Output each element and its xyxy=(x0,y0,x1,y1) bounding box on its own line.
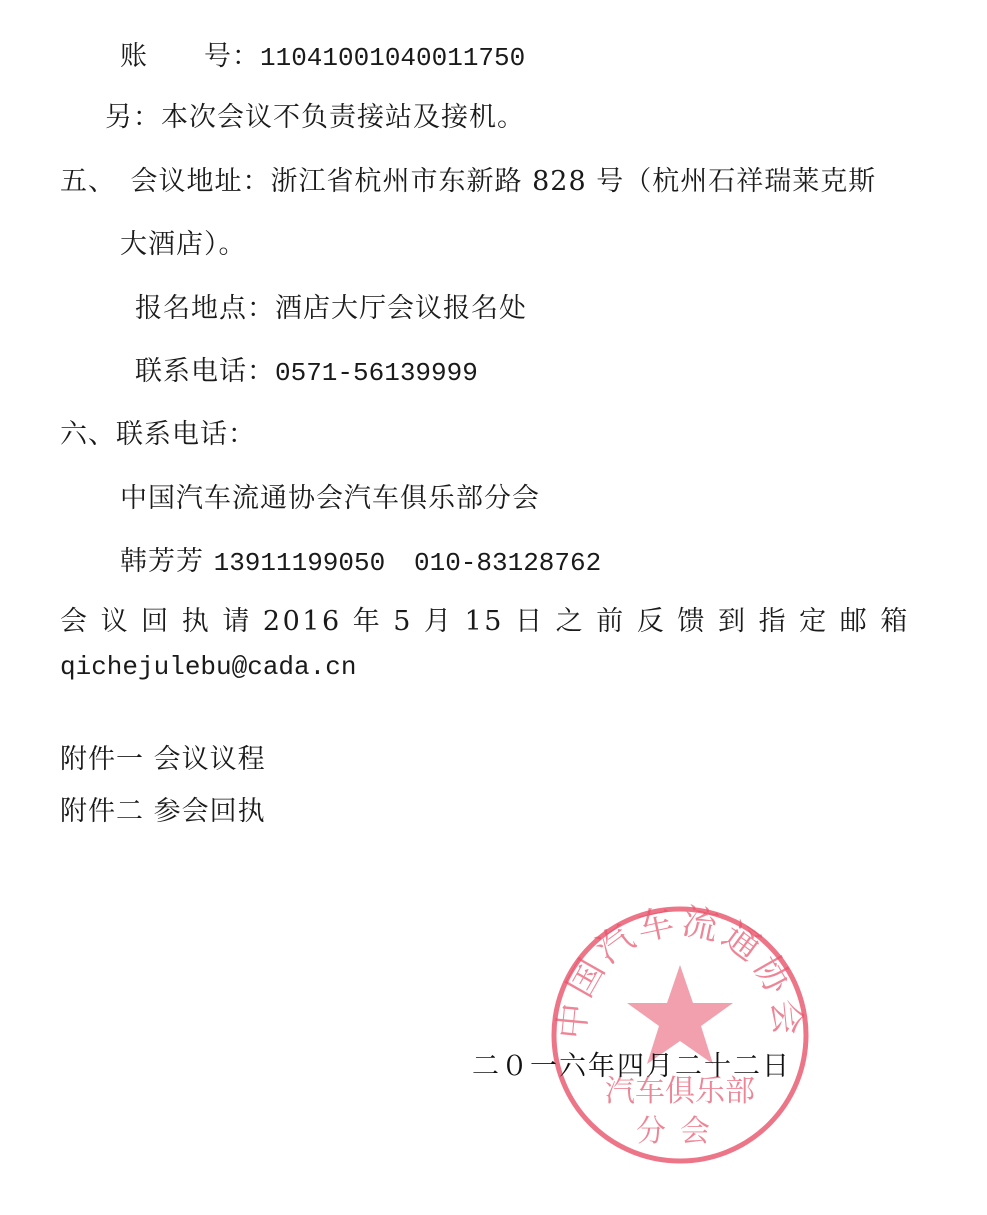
contact-phone: 010-83128762 xyxy=(414,548,601,578)
contact-organization: 中国汽车流通协会汽车俱乐部分会 xyxy=(120,482,540,516)
account-number: 11041001040011750 xyxy=(260,43,525,73)
attachment-1: 附件一 会议议程 xyxy=(60,743,266,777)
official-seal-stamp: 中国汽车流通协会 汽车俱乐部 分会 xyxy=(548,903,812,1167)
contact-name: 韩芳芳 xyxy=(120,546,204,577)
registration-label: 报名地点： xyxy=(135,293,275,324)
section5-heading: 五、 会议地址： xyxy=(60,166,271,197)
attachment-1-label: 附件一 xyxy=(60,744,144,775)
reply-notice: 会 议 回 执 请 2016 年 5 月 15 日 之 前 反 馈 到 指 定 … xyxy=(60,605,910,639)
attachment-1-title: 会议议程 xyxy=(154,744,266,775)
section5-address-line2: 大酒店）。 xyxy=(120,228,247,262)
stamp-center-line2: 分会 xyxy=(636,1114,724,1149)
section6-heading: 六、联系电话： xyxy=(60,418,256,452)
contact-person-row: 韩芳芳 13911199050 010-83128762 xyxy=(120,545,601,580)
document-date: 二０一六年四月二十二日 xyxy=(472,1050,791,1084)
attachment-2-title: 参会回执 xyxy=(154,796,266,827)
registration-value: 酒店大厅会议报名处 xyxy=(275,293,527,324)
section5-address-line1: 浙江省杭州市东新路 828 号（杭州石祥瑞莱克斯 xyxy=(271,166,877,197)
pickup-note: 另：本次会议不负责接站及接机。 xyxy=(105,101,525,135)
section5-address-row: 五、 会议地址：浙江省杭州市东新路 828 号（杭州石祥瑞莱克斯 xyxy=(60,165,876,199)
hotel-phone-label: 联系电话： xyxy=(135,356,275,387)
attachment-2-label: 附件二 xyxy=(60,796,144,827)
registration-row: 报名地点：酒店大厅会议报名处 xyxy=(135,292,527,326)
account-row: 账 号：11041001040011750 xyxy=(120,40,525,75)
contact-mobile: 13911199050 xyxy=(214,548,386,578)
reply-email[interactable]: qichejulebu@cada.cn xyxy=(60,650,356,684)
attachment-2: 附件二 参会回执 xyxy=(60,795,266,829)
hotel-phone-row: 联系电话：0571-56139999 xyxy=(135,355,478,390)
account-label: 账 号： xyxy=(120,41,260,72)
hotel-phone-value: 0571-56139999 xyxy=(275,358,478,388)
